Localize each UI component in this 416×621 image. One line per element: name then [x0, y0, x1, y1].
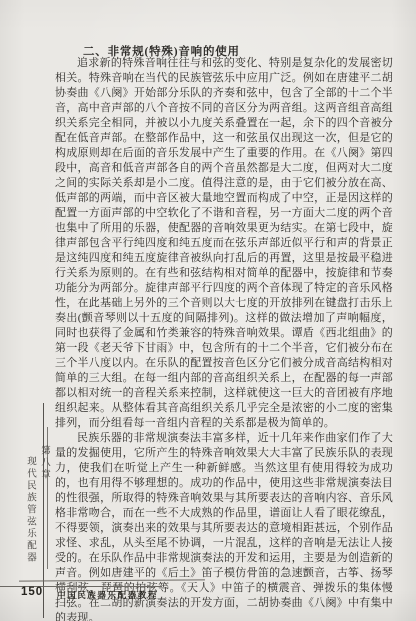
- paragraph-1: 追求新的特殊音响往往与和弦的变化、特别是复杂化的发展密切相关。特殊音响在当代的民…: [55, 56, 393, 431]
- chapter-margin-label: 第八章现代民族管弦乐配器: [23, 445, 51, 595]
- page-number: 150: [21, 586, 43, 598]
- chapter-title: 现代民族管弦乐配器: [23, 456, 37, 564]
- chapter-number: 第八章: [39, 445, 49, 481]
- body-text: 追求新的特殊音响往往与和弦的变化、特别是复杂化的发展密切相关。特殊音响在当代的民…: [55, 56, 393, 621]
- book-title-footer: 中国民族器乐配器教程: [57, 589, 158, 601]
- book-page: 二、非常规(特殊)音响的使用 追求新的特殊音响往往与和弦的变化、特别是复杂化的发…: [0, 0, 416, 621]
